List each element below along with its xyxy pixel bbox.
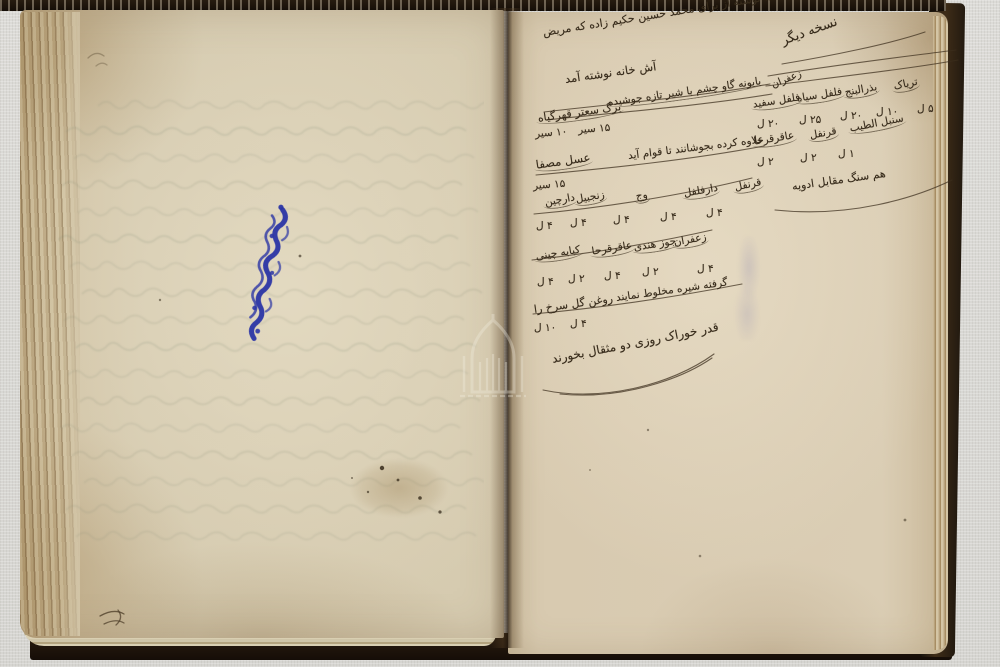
quantity: ۱۰ سیر: [535, 126, 568, 140]
instruction: علاوه کرده بجوشانند تا قوام آید: [627, 133, 764, 162]
prescription-title-line: نسخه نوشته از برای محمد حسین حکیم زاده ک…: [542, 0, 790, 39]
prescription-subtitle: آش خانه نوشته آمد: [564, 59, 657, 86]
quantity: ۱ ل: [838, 148, 855, 160]
quantity: ۲۰ ل: [757, 118, 779, 130]
ingredient-name: قرنفل: [732, 176, 765, 196]
quantity: ۴ ل: [570, 318, 587, 330]
handwriting-layer: نسخه نوشته از برای محمد حسین حکیم زاده ک…: [0, 0, 1000, 667]
manuscript-photo: نسخه نوشته از برای محمد حسین حکیم زاده ک…: [0, 0, 1000, 667]
ingredient-name: تریاک: [891, 75, 922, 95]
quantity: ۴ ل: [537, 276, 554, 288]
quantity: ۴ ل: [604, 270, 621, 282]
ingredient-name: عسل مصفا: [533, 150, 594, 174]
quantity: ۲ ل: [757, 156, 774, 168]
quantity: ۲ ل: [800, 152, 817, 164]
ingredient-name: بابونه گاو چشم با شیر تازه جوشیده: [605, 75, 764, 111]
quantity: ۲ ل: [642, 266, 659, 278]
ingredient-name: زعفران: [770, 69, 803, 91]
ingredient-name: عاقرقرحا: [589, 239, 635, 260]
ingredient-name: روغن گل سرخ را: [533, 292, 614, 316]
instruction: گرفته شیره مخلوط نمایند: [615, 276, 728, 304]
ingredient-name: عاقرقرحا: [751, 129, 797, 150]
quantity: ۴ ل: [706, 207, 723, 219]
ingredient-name: وج: [633, 188, 651, 205]
ingredient-name: بذرالبنج: [842, 81, 881, 101]
quantity: ۴ ل: [613, 214, 630, 226]
ingredient-name: زنجبیل: [573, 188, 608, 208]
quantity: ۱۰ ل: [534, 322, 556, 334]
ingredient-name: فلفل سیاه: [794, 85, 845, 107]
closing-note: هم سنگ مقابل ادویه: [791, 167, 886, 193]
quantity: ۲ ل: [568, 273, 585, 285]
quantity: ۲۵ ل: [799, 114, 821, 126]
quantity: ۱۵ سیر: [533, 178, 566, 192]
quantity: ۴ ل: [570, 217, 587, 229]
ingredient-name: دارفلفل: [681, 181, 721, 201]
ingredient-name: قرنفل: [807, 125, 840, 144]
ingredient-name: کبابه چینی: [533, 243, 583, 264]
quantity: ۴ ل: [536, 220, 553, 232]
second-prescription-heading: نسخه دیگر: [779, 14, 839, 48]
quantity: ۱۵ سیر: [578, 122, 611, 136]
quantity: ۴ ل: [660, 211, 677, 223]
quantity: ۵ ل: [917, 103, 934, 115]
quantity: ۴ ل: [697, 263, 714, 275]
